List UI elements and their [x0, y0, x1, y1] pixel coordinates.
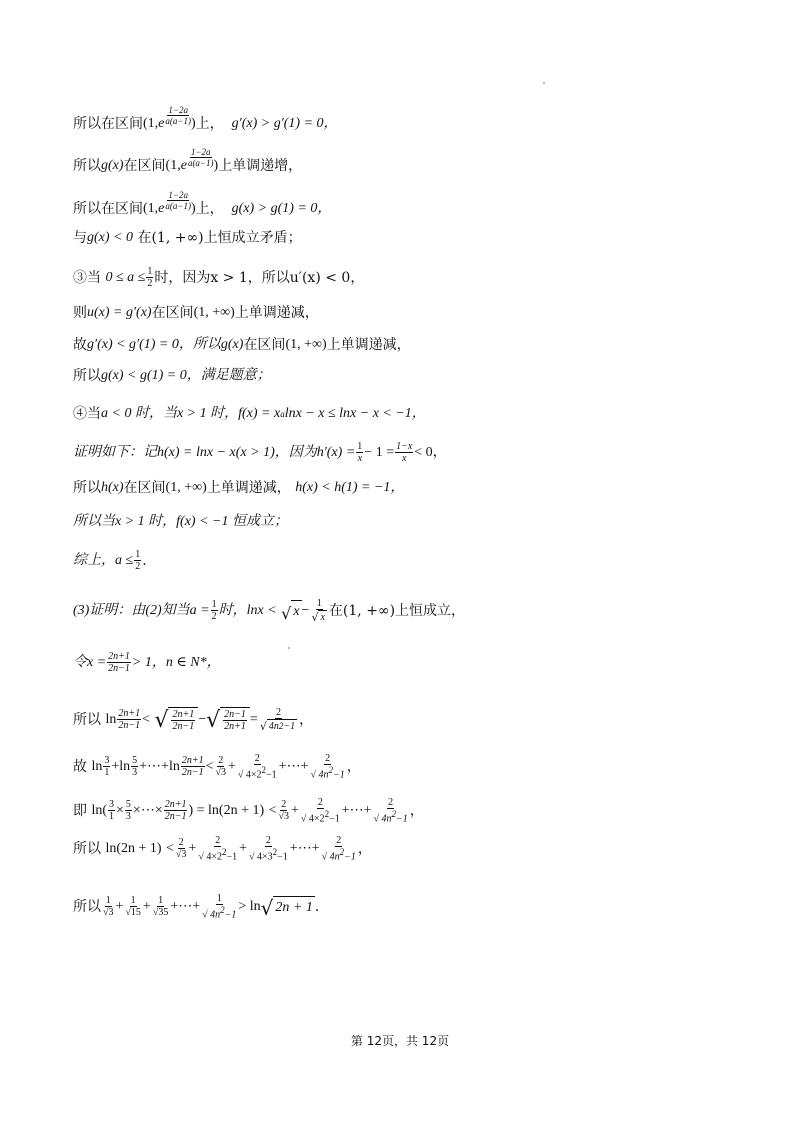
line-18: 即 ln( 31 × 53 ×⋯× 2n+12n−1 ) = ln(2n + 1… — [73, 797, 424, 824]
exponent-fraction: 1−2aa(a−1) — [165, 105, 191, 126]
line-20: 所以 1√3 + 1√15 + 1√35 +⋯+ 1√ 4n2−1 > ln √… — [73, 893, 319, 920]
exponent-fraction: 1−2aa(a−1) — [188, 147, 214, 168]
line-10: 证明如下：记h(x) = lnx − x(x > 1)，因为h′(x) = 1x… — [73, 441, 447, 464]
scan-speck — [543, 82, 545, 84]
line-1: 所以在区间 (1, e 1−2aa(a−1) ) 上， g′(x) > g′(1… — [73, 113, 338, 134]
text: 所以在区间 — [73, 114, 143, 134]
page-footer: 第 12页，共 12页 — [0, 1032, 800, 1049]
line-7: 故g′(x) < g′(1) = 0，所以g(x)在区间(1, +∞)上单调递减… — [73, 335, 411, 355]
line-12: 所以当x > 1 时，f(x) < −1 恒成立； — [73, 512, 288, 532]
line-6: 则u(x) = g′(x)在区间(1, +∞)上单调递减， — [73, 303, 319, 323]
line-11: 所以h(x)在区间(1, +∞)上单调递减， h(x) < h(1) = −1， — [73, 478, 404, 498]
line-16: 所以 ln 2n+12n−1 < √2n+12n−1 − √2n−12n+1 =… — [73, 707, 313, 732]
line-3: 所以在区间 (1, e 1−2aa(a−1) ) 上， g(x) > g(1) … — [73, 198, 331, 219]
scan-speck — [288, 647, 290, 649]
exponent-fraction: 1−2aa(a−1) — [165, 190, 191, 211]
line-2: 所以g(x)在区间 (1, e 1−2aa(a−1) ) 上单调递增， — [73, 155, 302, 176]
line-8: 所以g(x) < g(1) = 0，满足题意； — [73, 366, 271, 386]
line-5: ③当 0 ≤ a ≤ 12 时，因为x > 1，所以u′(x) < 0， — [73, 266, 364, 289]
line-4: 与g(x) < 0 在(1, +∞)上恒成立矛盾； — [73, 228, 302, 248]
line-9: ④当a < 0 时，当x > 1 时，f(x) = xalnx − x ≤ ln… — [73, 404, 426, 424]
line-17: 故 ln 31 +ln 53 +⋯+ln 2n+12n−1 < 2√3 + 2√… — [73, 753, 361, 780]
line-14: (3)证明：由(2)知当a = 12 时，lnx < √x − 1√x 在(1,… — [73, 598, 465, 623]
line-15: 令x = 2n+12n−1 > 1，n ∈ N*， — [73, 651, 221, 674]
line-13: 综上，a ≤ 12 . — [73, 549, 147, 572]
line-19: 所以 ln(2n + 1) < 2√3 + 2√ 4×22−1 + 2√ 4×3… — [73, 835, 372, 862]
